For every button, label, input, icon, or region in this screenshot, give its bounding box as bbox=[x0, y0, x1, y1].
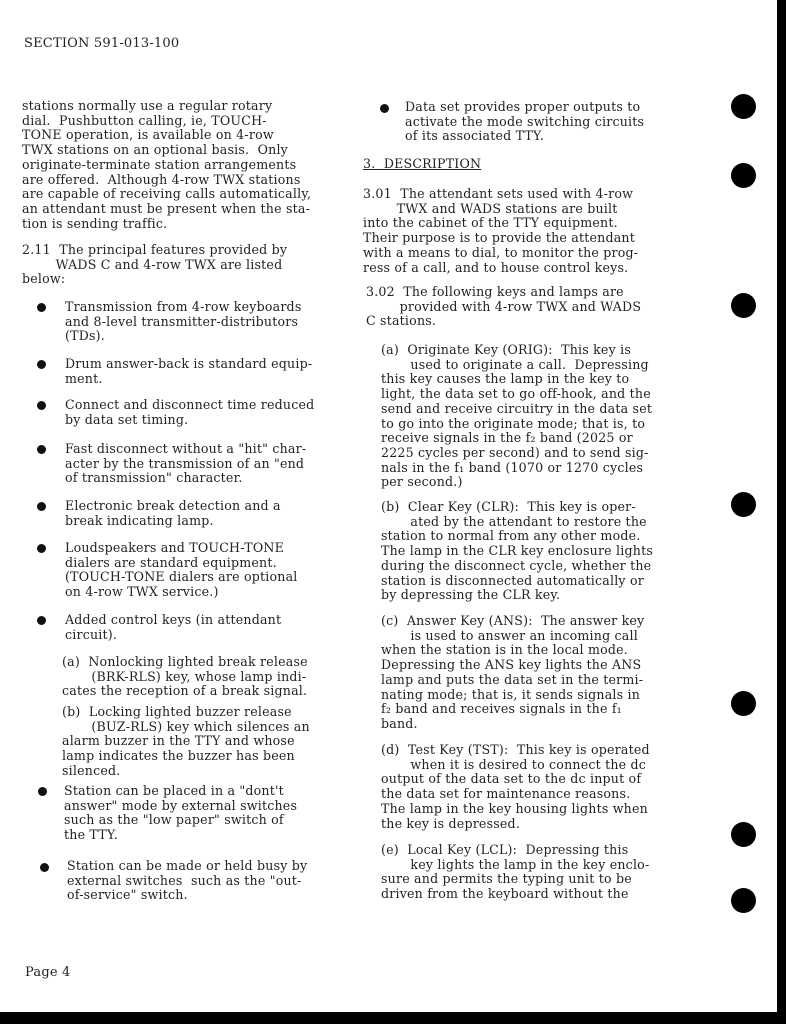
punch-hole-icon bbox=[731, 691, 756, 716]
feature-bullet-item: Transmission from 4-row keyboards and 8-… bbox=[65, 300, 301, 344]
feature-bullet-item: Station can be placed in a "dont't answe… bbox=[64, 784, 297, 843]
feature-bullet-item: Station can be made or held busy by exte… bbox=[67, 859, 307, 903]
feature-bullet-item: Added control keys (in attendant circuit… bbox=[65, 613, 281, 642]
feature-bullet-item: Data set provides proper outputs to acti… bbox=[405, 100, 644, 144]
bullet-icon bbox=[40, 863, 49, 872]
feature-subitem-b: (b) Locking lighted buzzer release (BUZ-… bbox=[62, 705, 310, 779]
paragraph-3-02: 3.02 The following keys and lamps are pr… bbox=[366, 285, 641, 329]
document-page: SECTION 591-013-100 stations normally us… bbox=[0, 0, 777, 1012]
feature-bullet-item: Fast disconnect without a "hit" char- ac… bbox=[65, 442, 306, 486]
paragraph-3-01: 3.01 The attendant sets used with 4-row … bbox=[363, 187, 638, 275]
feature-bullet-item: Loudspeakers and TOUCH-TONE dialers are … bbox=[65, 541, 298, 600]
punch-hole-icon bbox=[731, 888, 756, 913]
punch-hole-icon bbox=[731, 163, 756, 188]
key-item-tst: (d) Test Key (TST): This key is operated… bbox=[381, 743, 650, 831]
bullet-icon bbox=[37, 616, 46, 625]
key-item-orig: (a) Originate Key (ORIG): This key is us… bbox=[381, 343, 652, 490]
punch-hole-icon bbox=[731, 492, 756, 517]
punch-hole-icon bbox=[731, 293, 756, 318]
page-number: Page 4 bbox=[25, 966, 71, 981]
key-item-lcl: (e) Local Key (LCL): Depressing this key… bbox=[381, 843, 649, 902]
bullet-icon bbox=[38, 787, 47, 796]
punch-hole-icon bbox=[731, 822, 756, 847]
feature-subitem-a: (a) Nonlocking lighted break release (BR… bbox=[62, 655, 308, 699]
bullet-icon bbox=[37, 544, 46, 553]
bullet-icon bbox=[37, 401, 46, 410]
bullet-icon bbox=[380, 104, 389, 113]
section-heading-description: 3. DESCRIPTION bbox=[363, 157, 481, 172]
bullet-icon bbox=[37, 502, 46, 511]
feature-bullet-item: Electronic break detection and a break i… bbox=[65, 499, 281, 528]
paragraph-2-11: 2.11 The principal features provided by … bbox=[22, 243, 287, 287]
bullet-icon bbox=[37, 303, 46, 312]
punch-hole-icon bbox=[731, 94, 756, 119]
paragraph-intro: stations normally use a regular rotary d… bbox=[22, 99, 311, 231]
key-item-clr: (b) Clear Key (CLR): This key is oper- a… bbox=[381, 500, 653, 603]
key-item-ans: (c) Answer Key (ANS): The answer key is … bbox=[381, 614, 644, 732]
bullet-icon bbox=[37, 445, 46, 454]
bullet-icon bbox=[37, 360, 46, 369]
section-header: SECTION 591-013-100 bbox=[24, 37, 179, 52]
feature-bullet-item: Drum answer-back is standard equip- ment… bbox=[65, 357, 312, 386]
feature-bullet-item: Connect and disconnect time reduced by d… bbox=[65, 398, 314, 427]
